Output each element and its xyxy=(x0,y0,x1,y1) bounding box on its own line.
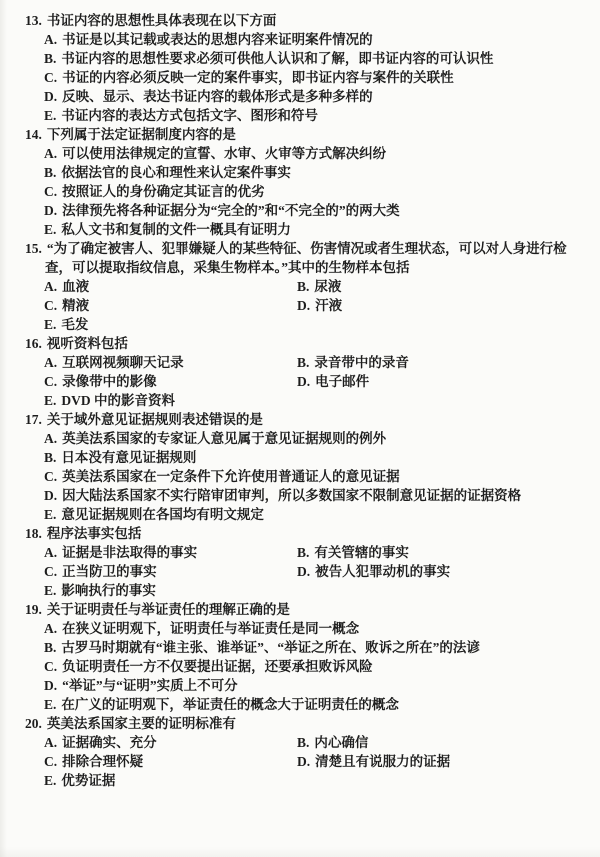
option-text: 录像带中的影像 xyxy=(62,374,157,389)
option-text: 影响执行的事实 xyxy=(61,583,156,598)
option-label: C. xyxy=(44,659,57,674)
option-label: D. xyxy=(297,374,310,389)
option-label: A. xyxy=(44,621,57,636)
option: A.证据确实、充分 xyxy=(44,733,297,752)
option-text: 法律预先将各种证据分为“完全的”和“不完全的”的两大类 xyxy=(62,203,400,218)
option: A.证据是非法取得的事实 xyxy=(44,543,297,562)
option-label: E. xyxy=(44,773,56,788)
option: B.内心确信 xyxy=(297,733,588,752)
option-text: 排除合理怀疑 xyxy=(62,754,143,769)
option-text: 尿液 xyxy=(314,279,341,294)
question-stem: 视听资料包括 xyxy=(47,336,128,351)
option-text: 在广义的证明观下，举证责任的概念大于证明责任的概念 xyxy=(61,697,399,712)
option-group: A.互联网视频聊天记录 B.录音带中的录音 C.录像带中的影像 D.电子邮件 E… xyxy=(44,353,588,410)
option-label: D. xyxy=(297,298,310,313)
option-text: 反映、显示、表达书证内容的载体形式是多种多样的 xyxy=(62,89,373,104)
option-text: 书证内容的表达方式包括文字、图形和符号 xyxy=(61,108,318,123)
option-group: A.血液 B.尿液 C.精液 D.汗液 E.毛发 xyxy=(44,277,588,334)
option: E.书证内容的表达方式包括文字、图形和符号 xyxy=(44,106,588,125)
option: E.在广义的证明观下，举证责任的概念大于证明责任的概念 xyxy=(44,695,588,714)
option: B.日本没有意见证据规则 xyxy=(44,448,588,467)
option-text: 按照证人的身份确定其证言的优劣 xyxy=(62,184,265,199)
option-text: 电子邮件 xyxy=(315,374,369,389)
option: D.清楚且有说服力的证据 xyxy=(297,752,588,771)
option: D.反映、显示、表达书证内容的载体形式是多种多样的 xyxy=(44,87,588,106)
question-number: 19. xyxy=(25,602,42,617)
option: E.意见证据规则在各国均有明文规定 xyxy=(44,505,588,524)
question-number: 17. xyxy=(25,412,42,427)
option-label: A. xyxy=(44,279,57,294)
option-label: D. xyxy=(44,203,57,218)
option-text: 日本没有意见证据规则 xyxy=(61,450,196,465)
option-text: 证据是非法取得的事实 xyxy=(62,545,197,560)
question-number: 20. xyxy=(25,716,42,731)
option: B.书证内容的思想性要求必须可供他人认识和了解，即书证内容的可认识性 xyxy=(44,49,588,68)
option-label: D. xyxy=(44,678,57,693)
question-number: 16. xyxy=(25,336,42,351)
option-text: 被告人犯罪动机的事实 xyxy=(315,564,450,579)
option: A.可以使用法律规定的宣誓、水审、火审等方式解决纠纷 xyxy=(44,144,588,163)
option-text: “举证”与“证明”实质上不可分 xyxy=(62,678,238,693)
option-text: 有关管辖的事实 xyxy=(314,545,409,560)
question-stem: “为了确定被害人、犯罪嫌疑人的某些特征、伤害情况或者生理状态，可以对人身进行检查… xyxy=(45,241,567,275)
option-label: C. xyxy=(44,184,57,199)
question-stem: 关于域外意见证据规则表述错误的是 xyxy=(47,412,263,427)
question-number: 15. xyxy=(25,241,42,256)
option-label: C. xyxy=(44,298,57,313)
option-label: E. xyxy=(44,317,56,332)
option-text: 录音带中的录音 xyxy=(314,355,409,370)
option-text: 在狭义证明观下，证明责任与举证责任是同一概念 xyxy=(62,621,359,636)
question: 14.下列属于法定证据制度内容的是 A.可以使用法律规定的宣誓、水审、火审等方式… xyxy=(25,125,588,239)
option-label: C. xyxy=(44,754,57,769)
option: C.精液 xyxy=(44,296,297,315)
option: C.正当防卫的事实 xyxy=(44,562,297,581)
option-label: C. xyxy=(44,564,57,579)
option-label: E. xyxy=(44,108,56,123)
option: B.尿液 xyxy=(297,277,588,296)
option: E.影响执行的事实 xyxy=(44,581,297,600)
option-text: 英美法系国家的专家证人意见属于意见证据规则的例外 xyxy=(62,431,386,446)
question-stem: 下列属于法定证据制度内容的是 xyxy=(47,127,236,142)
option-text: 书证是以其记载或表达的思想内容来证明案件情况的 xyxy=(62,32,373,47)
question: 16.视听资料包括 A.互联网视频聊天记录 B.录音带中的录音 C.录像带中的影… xyxy=(25,334,588,410)
option-text: 负证明责任一方不仅要提出证据，还要承担败诉风险 xyxy=(62,659,373,674)
option: A.在狭义证明观下，证明责任与举证责任是同一概念 xyxy=(44,619,588,638)
option-label: B. xyxy=(297,545,309,560)
option: D.电子邮件 xyxy=(297,372,588,391)
option-label: A. xyxy=(44,146,57,161)
question-number: 18. xyxy=(25,526,42,541)
option-label: E. xyxy=(44,222,56,237)
question-stem: 书证内容的思想性具体表现在以下方面 xyxy=(47,13,277,28)
option-label: A. xyxy=(44,545,57,560)
option-label: B. xyxy=(44,165,56,180)
option-text: DVD 中的影音资料 xyxy=(61,393,175,408)
option-label: B. xyxy=(44,51,56,66)
option: A.书证是以其记载或表达的思想内容来证明案件情况的 xyxy=(44,30,588,49)
option-label: C. xyxy=(44,70,57,85)
option: D.因大陆法系国家不实行陪审团审判，所以多数国家不限制意见证据的证据资格 xyxy=(44,486,588,505)
option-label: D. xyxy=(44,488,57,503)
option-text: 互联网视频聊天记录 xyxy=(62,355,184,370)
question: 19.关于证明责任与举证责任的理解正确的是 A.在狭义证明观下，证明责任与举证责… xyxy=(25,600,588,714)
option-group: A.英美法系国家的专家证人意见属于意见证据规则的例外 B.日本没有意见证据规则 … xyxy=(44,429,588,524)
option-text: 私人文书和复制的文件一概具有证明力 xyxy=(61,222,291,237)
option: B.录音带中的录音 xyxy=(297,353,588,372)
option-text: 优势证据 xyxy=(61,773,115,788)
option: B.依据法官的良心和理性来认定案件事实 xyxy=(44,163,588,182)
option: A.互联网视频聊天记录 xyxy=(44,353,297,372)
option: A.英美法系国家的专家证人意见属于意见证据规则的例外 xyxy=(44,429,588,448)
question-number: 14. xyxy=(25,127,42,142)
option-label: B. xyxy=(297,279,309,294)
option-label: E. xyxy=(44,697,56,712)
question: 20.英美法系国家主要的证明标准有 A.证据确实、充分 B.内心确信 C.排除合… xyxy=(25,714,588,790)
option: C.书证的内容必须反映一定的案件事实，即书证内容与案件的关联性 xyxy=(44,68,588,87)
option-label: D. xyxy=(297,754,310,769)
question-number: 13. xyxy=(25,13,42,28)
option: D.“举证”与“证明”实质上不可分 xyxy=(44,676,588,695)
option-label: C. xyxy=(44,469,57,484)
option-label: D. xyxy=(297,564,310,579)
option-label: B. xyxy=(44,450,56,465)
option-text: 血液 xyxy=(62,279,89,294)
option-text: 古罗马时期就有“谁主张、谁举证”、“举证之所在、败诉之所在”的法谚 xyxy=(61,640,480,655)
option-label: E. xyxy=(44,583,56,598)
option: E.毛发 xyxy=(44,315,297,334)
option-text: 汗液 xyxy=(315,298,342,313)
question-stem: 程序法事实包括 xyxy=(47,526,142,541)
option-text: 正当防卫的事实 xyxy=(62,564,157,579)
option-label: E. xyxy=(44,507,56,522)
option-label: A. xyxy=(44,431,57,446)
question: 13.书证内容的思想性具体表现在以下方面 A.书证是以其记载或表达的思想内容来证… xyxy=(25,11,588,125)
option-label: A. xyxy=(44,735,57,750)
option-label: A. xyxy=(44,355,57,370)
option: D.被告人犯罪动机的事实 xyxy=(297,562,588,581)
option: E.DVD 中的影音资料 xyxy=(44,391,297,410)
option-label: B. xyxy=(297,355,309,370)
option-text: 内心确信 xyxy=(314,735,368,750)
option-group: A.书证是以其记载或表达的思想内容来证明案件情况的 B.书证内容的思想性要求必须… xyxy=(44,30,588,125)
option: D.汗液 xyxy=(297,296,588,315)
option: C.排除合理怀疑 xyxy=(44,752,297,771)
option-text: 清楚且有说服力的证据 xyxy=(315,754,450,769)
option: C.按照证人的身份确定其证言的优劣 xyxy=(44,182,588,201)
option-text: 因大陆法系国家不实行陪审团审判，所以多数国家不限制意见证据的证据资格 xyxy=(62,488,521,503)
option-text: 意见证据规则在各国均有明文规定 xyxy=(61,507,264,522)
option: C.录像带中的影像 xyxy=(44,372,297,391)
question: 15.“为了确定被害人、犯罪嫌疑人的某些特征、伤害情况或者生理状态，可以对人身进… xyxy=(25,239,588,334)
option-text: 英美法系国家在一定条件下允许使用普通证人的意见证据 xyxy=(62,469,400,484)
option-text: 书证的内容必须反映一定的案件事实，即书证内容与案件的关联性 xyxy=(62,70,454,85)
option: A.血液 xyxy=(44,277,297,296)
option-label: D. xyxy=(44,89,57,104)
option: E.优势证据 xyxy=(44,771,297,790)
option-group: A.证据是非法取得的事实 B.有关管辖的事实 C.正当防卫的事实 D.被告人犯罪… xyxy=(44,543,588,600)
option-group: A.证据确实、充分 B.内心确信 C.排除合理怀疑 D.清楚且有说服力的证据 E… xyxy=(44,733,588,790)
option: B.有关管辖的事实 xyxy=(297,543,588,562)
question: 17.关于域外意见证据规则表述错误的是 A.英美法系国家的专家证人意见属于意见证… xyxy=(25,410,588,524)
option-label: E. xyxy=(44,393,56,408)
option-text: 毛发 xyxy=(61,317,88,332)
option-text: 依据法官的良心和理性来认定案件事实 xyxy=(61,165,291,180)
option-label: B. xyxy=(297,735,309,750)
question: 18.程序法事实包括 A.证据是非法取得的事实 B.有关管辖的事实 C.正当防卫… xyxy=(25,524,588,600)
option: D.法律预先将各种证据分为“完全的”和“不完全的”的两大类 xyxy=(44,201,588,220)
question-stem: 英美法系国家主要的证明标准有 xyxy=(47,716,236,731)
option: C.英美法系国家在一定条件下允许使用普通证人的意见证据 xyxy=(44,467,588,486)
option-label: A. xyxy=(44,32,57,47)
option-text: 书证内容的思想性要求必须可供他人认识和了解，即书证内容的可认识性 xyxy=(61,51,493,66)
question-list: 13.书证内容的思想性具体表现在以下方面 A.书证是以其记载或表达的思想内容来证… xyxy=(25,11,588,790)
option-label: C. xyxy=(44,374,57,389)
option-text: 精液 xyxy=(62,298,89,313)
option: B.古罗马时期就有“谁主张、谁举证”、“举证之所在、败诉之所在”的法谚 xyxy=(44,638,588,657)
option-text: 可以使用法律规定的宣誓、水审、火审等方式解决纠纷 xyxy=(62,146,386,161)
question-stem: 关于证明责任与举证责任的理解正确的是 xyxy=(47,602,290,617)
option-label: B. xyxy=(44,640,56,655)
option-group: A.可以使用法律规定的宣誓、水审、火审等方式解决纠纷 B.依据法官的良心和理性来… xyxy=(44,144,588,239)
exam-page: 13.书证内容的思想性具体表现在以下方面 A.书证是以其记载或表达的思想内容来证… xyxy=(0,0,600,857)
option: E.私人文书和复制的文件一概具有证明力 xyxy=(44,220,588,239)
option: C.负证明责任一方不仅要提出证据，还要承担败诉风险 xyxy=(44,657,588,676)
option-text: 证据确实、充分 xyxy=(62,735,157,750)
option-group: A.在狭义证明观下，证明责任与举证责任是同一概念 B.古罗马时期就有“谁主张、谁… xyxy=(44,619,588,714)
